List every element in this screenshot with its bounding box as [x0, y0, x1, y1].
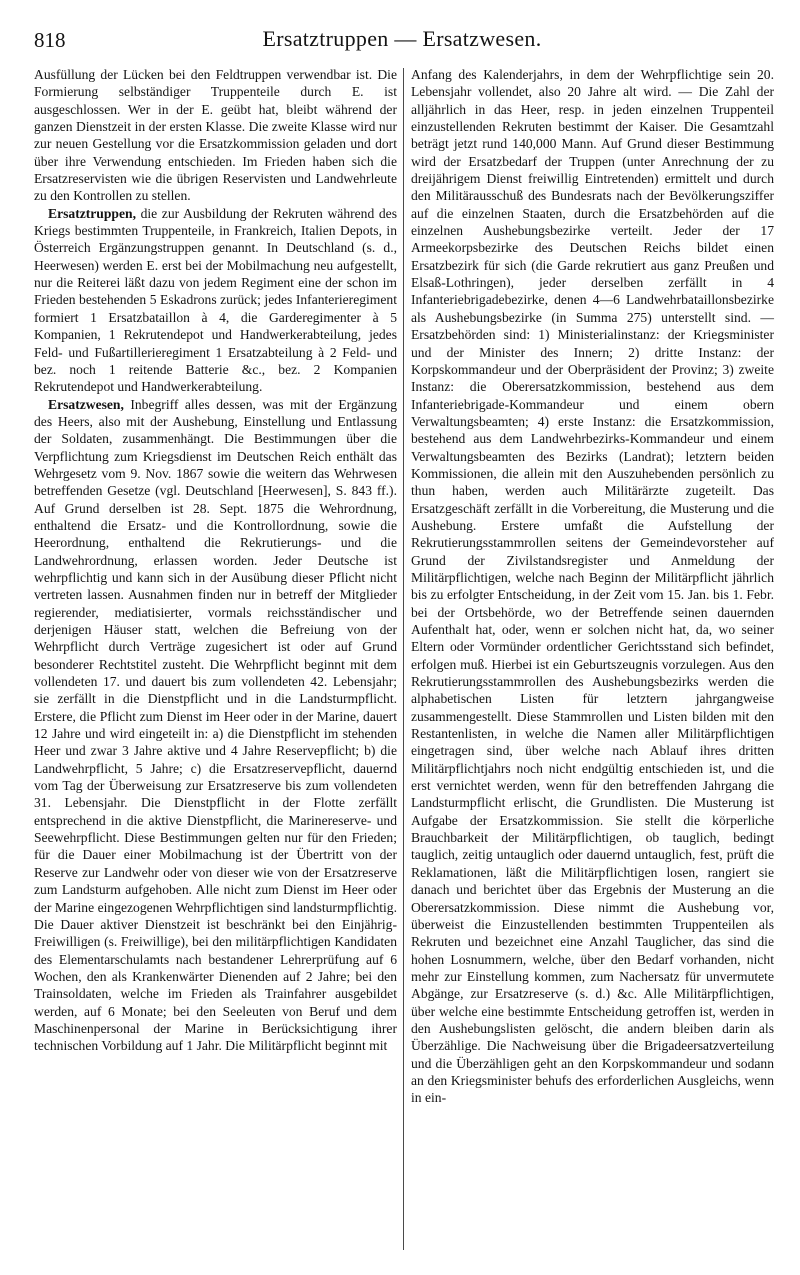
encyclopedia-page: 818 Ersatztruppen — Ersatzwesen. Ausfüll…: [0, 0, 800, 1275]
entry-headword: Ersatzwesen,: [48, 397, 124, 412]
paragraph-continuation: Anfang des Kalenderjahrs, in dem der Weh…: [411, 66, 774, 1107]
entry-ersatztruppen: Ersatztruppen, die zur Ausbildung der Re…: [34, 205, 397, 396]
running-title: Ersatztruppen — Ersatzwesen.: [34, 26, 770, 52]
right-column: Anfang des Kalenderjahrs, in dem der Weh…: [411, 66, 774, 1107]
entry-headword: Ersatztruppen,: [48, 206, 136, 221]
paragraph-continuation: Ausfüllung der Lücken bei den Feldtruppe…: [34, 66, 397, 205]
left-column: Ausfüllung der Lücken bei den Feldtruppe…: [34, 66, 397, 1055]
entry-ersatzwesen: Ersatzwesen, Inbegriff alles dessen, was…: [34, 396, 397, 1055]
column-divider: [403, 68, 404, 1250]
entry-body: Inbegriff alles dessen, was mit der Ergä…: [34, 397, 397, 1054]
running-head: 818 Ersatztruppen — Ersatzwesen.: [34, 22, 770, 56]
entry-body: die zur Ausbildung der Rekruten während …: [34, 206, 397, 394]
